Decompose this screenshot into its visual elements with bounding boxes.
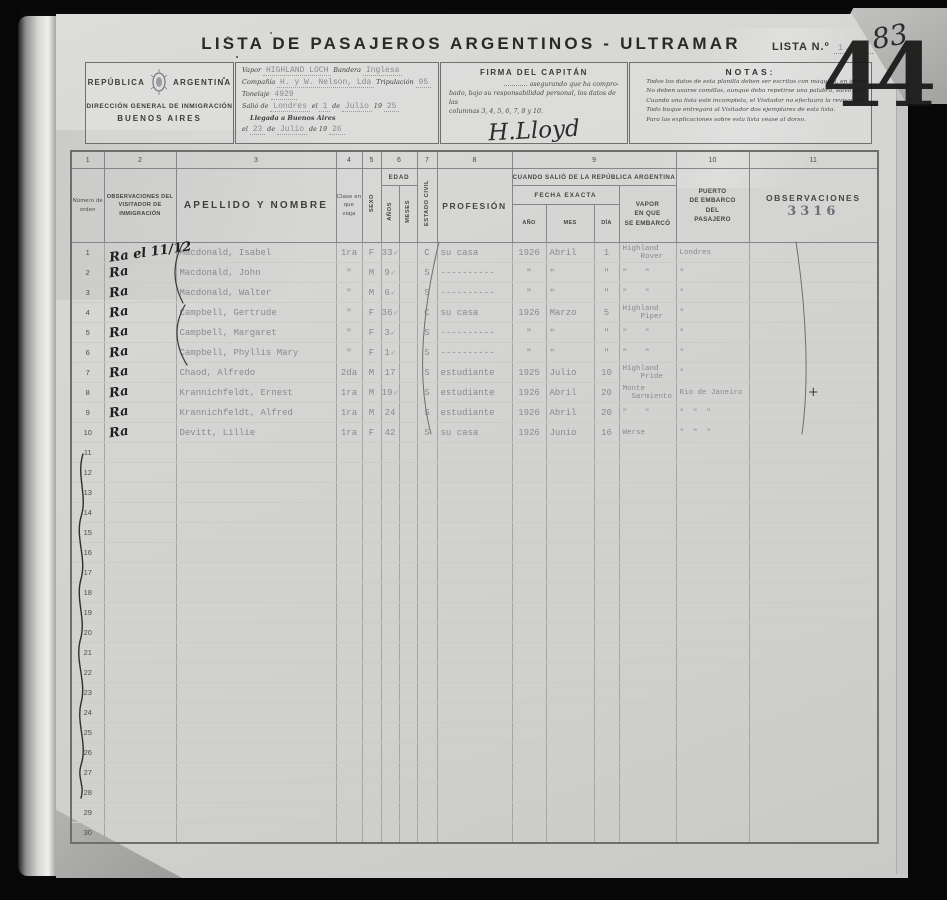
- cell-meses: [399, 463, 417, 483]
- cell-nombre: Campbell, Phyllis Mary: [176, 343, 336, 363]
- cell-puerto: Londres: [676, 243, 749, 263]
- cell-estado: S: [417, 323, 437, 343]
- ship-info-box: Vapor HIGHLAND LOCH Bandera Inglesa Comp…: [235, 62, 439, 144]
- cell-estado: [417, 583, 437, 603]
- cell-profesion: [437, 783, 512, 803]
- cell-vapor: " ": [619, 343, 676, 363]
- cell-mes: [546, 523, 594, 543]
- salio-label: Salió de: [242, 102, 268, 110]
- cell-nombre: [176, 763, 336, 783]
- cell-sexo: [362, 603, 381, 623]
- cell-n: 6: [71, 343, 104, 363]
- cell-ano: 1926: [512, 303, 546, 323]
- cell-estado: S: [417, 343, 437, 363]
- cell-mes: ": [546, 323, 594, 343]
- scan-border-left: [0, 0, 20, 900]
- col-number: 1: [71, 151, 104, 169]
- cell-vapor: [619, 683, 676, 703]
- col-number: 10: [676, 151, 749, 169]
- col-number: 7: [417, 151, 437, 169]
- header-row: Número de orden OBSERVACIONES DEL VISITA…: [71, 169, 878, 186]
- cell-clase: [336, 623, 362, 643]
- cell-meses: [399, 443, 417, 463]
- table-row: 7RaChaod, Alfredo2daM17Sestudiante1925Ju…: [71, 363, 878, 383]
- cell-anos: [381, 703, 399, 723]
- cell-visitador: [104, 443, 176, 463]
- cell-profesion: ----------: [437, 263, 512, 283]
- cell-obs: [749, 603, 878, 623]
- cell-profesion: [437, 703, 512, 723]
- cell-clase: [336, 803, 362, 823]
- salio-puerto: Londres: [270, 102, 310, 112]
- cell-obs: [749, 563, 878, 583]
- header-clase: Clase en que viaja: [336, 169, 362, 243]
- cell-sexo: F: [362, 243, 381, 263]
- cell-n: 3: [71, 283, 104, 303]
- cell-dia: [594, 803, 619, 823]
- cell-nombre: [176, 603, 336, 623]
- table-row: 15: [71, 523, 878, 543]
- cell-sexo: [362, 623, 381, 643]
- cell-clase: [336, 583, 362, 603]
- cell-nombre: [176, 443, 336, 463]
- cell-estado: [417, 483, 437, 503]
- table-row: 12: [71, 463, 878, 483]
- cell-obs: [749, 743, 878, 763]
- cell-anos: 24: [381, 403, 399, 423]
- table-row: 19: [71, 603, 878, 623]
- cell-obs: [749, 703, 878, 723]
- cell-obs: [749, 803, 878, 823]
- header-profesion: PROFESIÓN: [437, 169, 512, 243]
- cell-obs: [749, 243, 878, 263]
- col-number: 8: [437, 151, 512, 169]
- cell-profesion: su casa: [437, 423, 512, 443]
- cell-clase: [336, 603, 362, 623]
- cell-nombre: [176, 463, 336, 483]
- cell-puerto: [676, 483, 749, 503]
- cell-ano: [512, 503, 546, 523]
- cell-dia: [594, 443, 619, 463]
- cell-meses: [399, 663, 417, 683]
- cell-estado: S: [417, 383, 437, 403]
- cell-sexo: [362, 463, 381, 483]
- cell-obs: [749, 583, 878, 603]
- cell-clase: ": [336, 343, 362, 363]
- passenger-table-container: 1 2 3 4 5 6 7 8 9 10 11 Número de orden …: [70, 150, 879, 844]
- column-number-row: 1 2 3 4 5 6 7 8 9 10 11: [71, 151, 878, 169]
- llegada-de19-label: de 19: [309, 125, 327, 133]
- cell-vapor: [619, 703, 676, 723]
- tripulacion-label: Tripulación: [376, 78, 414, 86]
- handwritten-folio-number: 83: [869, 17, 910, 56]
- cell-nombre: [176, 543, 336, 563]
- cell-clase: ": [336, 283, 362, 303]
- tonelaje-label: Tonelaje: [242, 90, 270, 98]
- col-number: 3: [176, 151, 336, 169]
- cell-visitador: [104, 643, 176, 663]
- cell-puerto: [676, 743, 749, 763]
- cell-vapor: [619, 443, 676, 463]
- cell-vapor: " ": [619, 323, 676, 343]
- table-row: 14: [71, 503, 878, 523]
- cell-estado: [417, 723, 437, 743]
- cell-obs: [749, 443, 878, 463]
- pencil-checkmark: ✓: [391, 269, 396, 278]
- cell-puerto: [676, 823, 749, 843]
- cell-meses: [399, 583, 417, 603]
- llegada-dia: 23: [250, 125, 266, 135]
- cell-visitador: [104, 483, 176, 503]
- cell-vapor: [619, 523, 676, 543]
- cell-obs: [749, 503, 878, 523]
- cell-visitador: Ra: [104, 303, 176, 323]
- cell-anos: 3✓: [381, 323, 399, 343]
- salio-anio-prefix: 19: [374, 102, 382, 110]
- cell-vapor: [619, 603, 676, 623]
- cell-n: 15: [71, 523, 104, 543]
- cell-obs: [749, 763, 878, 783]
- cell-n: 19: [71, 603, 104, 623]
- table-row: 28: [71, 783, 878, 803]
- passenger-table: 1 2 3 4 5 6 7 8 9 10 11 Número de orden …: [70, 150, 879, 844]
- cell-sexo: M: [362, 383, 381, 403]
- table-row: 1Ra el 11/12Macdonald, Isabel1raF33✓Csu …: [71, 243, 878, 263]
- cell-nombre: Macdonald, Isabel: [176, 243, 336, 263]
- cell-meses: [399, 423, 417, 443]
- cell-estado: [417, 703, 437, 723]
- cell-ano: [512, 783, 546, 803]
- cell-sexo: [362, 523, 381, 543]
- cell-dia: [594, 603, 619, 623]
- cell-ano: 1926: [512, 383, 546, 403]
- cell-sexo: M: [362, 283, 381, 303]
- cell-profesion: [437, 523, 512, 543]
- argentina-coat-of-arms-icon: [149, 69, 169, 95]
- cell-anos: 1✓: [381, 343, 399, 363]
- cell-meses: [399, 623, 417, 643]
- pencil-checkmark: ✓: [391, 329, 396, 338]
- cell-sexo: F: [362, 303, 381, 323]
- cell-sexo: [362, 723, 381, 743]
- cell-ano: [512, 703, 546, 723]
- cell-ano: [512, 803, 546, 823]
- cell-vapor: " ": [619, 283, 676, 303]
- cell-obs: [749, 363, 878, 383]
- cell-nombre: [176, 703, 336, 723]
- cell-estado: [417, 783, 437, 803]
- header-ano: AÑO: [512, 205, 546, 243]
- cell-profesion: estudiante: [437, 383, 512, 403]
- cell-nombre: Krannichfeldt, Ernest: [176, 383, 336, 403]
- header-vapor-embarco: VAPOR EN QUE SE EMBARCÓ: [619, 186, 676, 243]
- cell-obs: [749, 343, 878, 363]
- bandera-label: Bandera: [333, 66, 361, 74]
- cell-dia: [594, 823, 619, 843]
- cell-dia: [594, 523, 619, 543]
- cell-sexo: [362, 583, 381, 603]
- cell-mes: [546, 783, 594, 803]
- table-row: 20: [71, 623, 878, 643]
- cell-ano: ": [512, 283, 546, 303]
- cell-ano: [512, 683, 546, 703]
- cell-meses: [399, 283, 417, 303]
- table-row: 11: [71, 443, 878, 463]
- table-row: 4RaCampbell, Gertrude"F36✓Csu casa1926Ma…: [71, 303, 878, 323]
- cell-mes: [546, 663, 594, 683]
- cell-mes: [546, 643, 594, 663]
- cell-visitador: [104, 563, 176, 583]
- cell-mes: [546, 503, 594, 523]
- vapor-label: Vapor: [242, 66, 261, 74]
- table-row: 27: [71, 763, 878, 783]
- compania-label: Compañía: [242, 78, 275, 86]
- cell-clase: ": [336, 323, 362, 343]
- cell-n: 12: [71, 463, 104, 483]
- cell-obs: [749, 683, 878, 703]
- cell-n: 7: [71, 363, 104, 383]
- cell-obs: [749, 283, 878, 303]
- cell-ano: 1926: [512, 423, 546, 443]
- header-cuando-salio: CUANDO SALIÓ DE LA REPÚBLICA ARGENTINA: [512, 169, 676, 186]
- cell-visitador: [104, 763, 176, 783]
- cell-vapor: Highland Pride: [619, 363, 676, 383]
- cell-anos: [381, 823, 399, 843]
- cell-ano: [512, 543, 546, 563]
- cell-vapor: Werse: [619, 423, 676, 443]
- scan-border-top: [0, 0, 947, 10]
- scan-border-bottom: [0, 878, 947, 900]
- cell-puerto: [676, 783, 749, 803]
- cell-visitador: Ra: [104, 283, 176, 303]
- header-numero-orden: Número de orden: [71, 169, 104, 243]
- cell-sexo: [362, 643, 381, 663]
- cell-puerto: ": [676, 263, 749, 283]
- cell-ano: [512, 823, 546, 843]
- cell-estado: S: [417, 403, 437, 423]
- cell-mes: [546, 623, 594, 643]
- cell-anos: [381, 483, 399, 503]
- table-row: 30: [71, 823, 878, 843]
- cell-sexo: [362, 443, 381, 463]
- cell-profesion: estudiante: [437, 403, 512, 423]
- cell-sexo: [362, 683, 381, 703]
- cell-visitador: [104, 743, 176, 763]
- table-row: 10RaDevitt, Lillie1raF42Ssu casa1926Juni…: [71, 423, 878, 443]
- cell-visitador: Ra: [104, 403, 176, 423]
- cell-vapor: [619, 563, 676, 583]
- vapor-value: HIGHLAND LOCH: [263, 66, 331, 76]
- bandera-value: Inglesa: [363, 66, 403, 76]
- cell-anos: [381, 643, 399, 663]
- header-edad: EDAD: [381, 169, 417, 186]
- cell-n: 30: [71, 823, 104, 843]
- cell-anos: 6✓: [381, 283, 399, 303]
- cell-mes: Julio: [546, 363, 594, 383]
- cell-profesion: [437, 563, 512, 583]
- cell-clase: [336, 723, 362, 743]
- cell-profesion: [437, 483, 512, 503]
- cell-meses: [399, 243, 417, 263]
- cell-estado: S: [417, 423, 437, 443]
- cell-obs: [749, 663, 878, 683]
- cell-meses: [399, 803, 417, 823]
- cell-ano: [512, 443, 546, 463]
- col-number: 2: [104, 151, 176, 169]
- cell-anos: [381, 803, 399, 823]
- cell-nombre: Campbell, Gertrude: [176, 303, 336, 323]
- cell-n: 5: [71, 323, 104, 343]
- cell-visitador: [104, 623, 176, 643]
- llegada-de-label: de: [267, 125, 275, 133]
- salio-mes: Julio: [342, 102, 372, 112]
- cell-sexo: M: [362, 263, 381, 283]
- cell-meses: [399, 603, 417, 623]
- cell-puerto: [676, 683, 749, 703]
- cell-estado: [417, 763, 437, 783]
- cell-vapor: Highland Rover: [619, 243, 676, 263]
- cell-meses: [399, 503, 417, 523]
- cell-estado: [417, 823, 437, 843]
- cell-anos: [381, 743, 399, 763]
- cell-obs: [749, 303, 878, 323]
- cell-profesion: [437, 603, 512, 623]
- cell-obs: [749, 783, 878, 803]
- cell-nombre: Campbell, Margaret: [176, 323, 336, 343]
- cell-n: 27: [71, 763, 104, 783]
- cell-anos: 33✓: [381, 243, 399, 263]
- cell-puerto: " " ": [676, 403, 749, 423]
- cell-vapor: [619, 783, 676, 803]
- cell-obs: [749, 823, 878, 843]
- cell-obs: [749, 423, 878, 443]
- cell-nombre: [176, 643, 336, 663]
- cell-dia: [594, 463, 619, 483]
- cell-puerto: Rio de Janeiro: [676, 383, 749, 403]
- cell-ano: 1926: [512, 243, 546, 263]
- cell-dia: 1: [594, 243, 619, 263]
- cell-puerto: ": [676, 303, 749, 323]
- header-meses: MESES: [399, 186, 417, 243]
- cell-n: 17: [71, 563, 104, 583]
- cell-obs: [749, 543, 878, 563]
- cell-n: 9: [71, 403, 104, 423]
- cell-puerto: [676, 703, 749, 723]
- cell-visitador: [104, 503, 176, 523]
- immigration-office-box: REPÚBLICA ARGENTINA DIRECCIÓN GENERAL DE…: [85, 62, 234, 144]
- cell-n: 23: [71, 683, 104, 703]
- cell-n: 1: [71, 243, 104, 263]
- cell-mes: [546, 563, 594, 583]
- cell-dia: [594, 503, 619, 523]
- cell-estado: [417, 523, 437, 543]
- cell-anos: 17: [381, 363, 399, 383]
- cell-anos: 19✓: [381, 383, 399, 403]
- cell-profesion: [437, 743, 512, 763]
- cell-clase: [336, 523, 362, 543]
- cell-clase: [336, 503, 362, 523]
- cell-dia: 5: [594, 303, 619, 323]
- org-ciudad: BUENOS AIRES: [86, 114, 233, 123]
- cell-mes: [546, 583, 594, 603]
- cell-anos: [381, 763, 399, 783]
- tripulacion-value: 95: [416, 78, 432, 88]
- cell-dia: [594, 763, 619, 783]
- cell-ano: [512, 763, 546, 783]
- cell-n: 20: [71, 623, 104, 643]
- cell-nombre: Devitt, Lillie: [176, 423, 336, 443]
- cell-mes: [546, 683, 594, 703]
- cell-clase: [336, 483, 362, 503]
- cell-puerto: ": [676, 343, 749, 363]
- cell-visitador: Ra: [104, 263, 176, 283]
- cell-meses: [399, 723, 417, 743]
- cell-mes: ": [546, 343, 594, 363]
- cell-obs: [749, 523, 878, 543]
- cell-puerto: [676, 563, 749, 583]
- header-puerto-embarco: PUERTO DE EMBARCO DEL PASAJERO: [676, 169, 749, 243]
- cell-sexo: M: [362, 363, 381, 383]
- page-title: LISTA DE PASAJEROS ARGENTINOS - ULTRAMAR: [196, 34, 746, 54]
- cell-ano: [512, 743, 546, 763]
- cell-ano: [512, 523, 546, 543]
- cell-anos: [381, 783, 399, 803]
- cell-meses: [399, 523, 417, 543]
- cell-estado: [417, 603, 437, 623]
- cell-meses: [399, 823, 417, 843]
- header-dia: DÍA: [594, 205, 619, 243]
- cell-visitador: [104, 783, 176, 803]
- cell-nombre: [176, 783, 336, 803]
- cell-anos: [381, 623, 399, 643]
- cell-nombre: [176, 503, 336, 523]
- cell-visitador: Ra: [104, 383, 176, 403]
- captain-text-line2: bado, bajo su responsabilidad personal, …: [449, 89, 619, 107]
- llegada-anio: 26: [329, 125, 345, 135]
- cell-profesion: [437, 463, 512, 483]
- ink-speck: [236, 56, 238, 58]
- cell-meses: [399, 683, 417, 703]
- cell-meses: [399, 343, 417, 363]
- cell-visitador: [104, 523, 176, 543]
- pencil-checkmark: ✓: [393, 309, 398, 318]
- cell-puerto: [676, 503, 749, 523]
- cell-clase: [336, 763, 362, 783]
- cell-mes: [546, 463, 594, 483]
- table-row: 29: [71, 803, 878, 823]
- header-estado-civil: ESTADO CIVIL: [417, 169, 437, 243]
- cell-profesion: [437, 623, 512, 643]
- cell-obs: +: [749, 383, 878, 403]
- cell-anos: [381, 683, 399, 703]
- cell-nombre: [176, 563, 336, 583]
- cell-puerto: [676, 603, 749, 623]
- col-number: 9: [512, 151, 676, 169]
- cell-meses: [399, 763, 417, 783]
- cell-profesion: [437, 683, 512, 703]
- cell-nombre: [176, 743, 336, 763]
- cell-mes: ": [546, 283, 594, 303]
- de-label: de: [332, 102, 340, 110]
- pencil-checkmark: ✓: [393, 389, 398, 398]
- cell-sexo: [362, 663, 381, 683]
- cell-estado: [417, 563, 437, 583]
- cell-visitador: [104, 823, 176, 843]
- cell-visitador: [104, 603, 176, 623]
- cell-profesion: estudiante: [437, 363, 512, 383]
- cell-visitador: [104, 543, 176, 563]
- book-binding-page-curl: [18, 16, 60, 876]
